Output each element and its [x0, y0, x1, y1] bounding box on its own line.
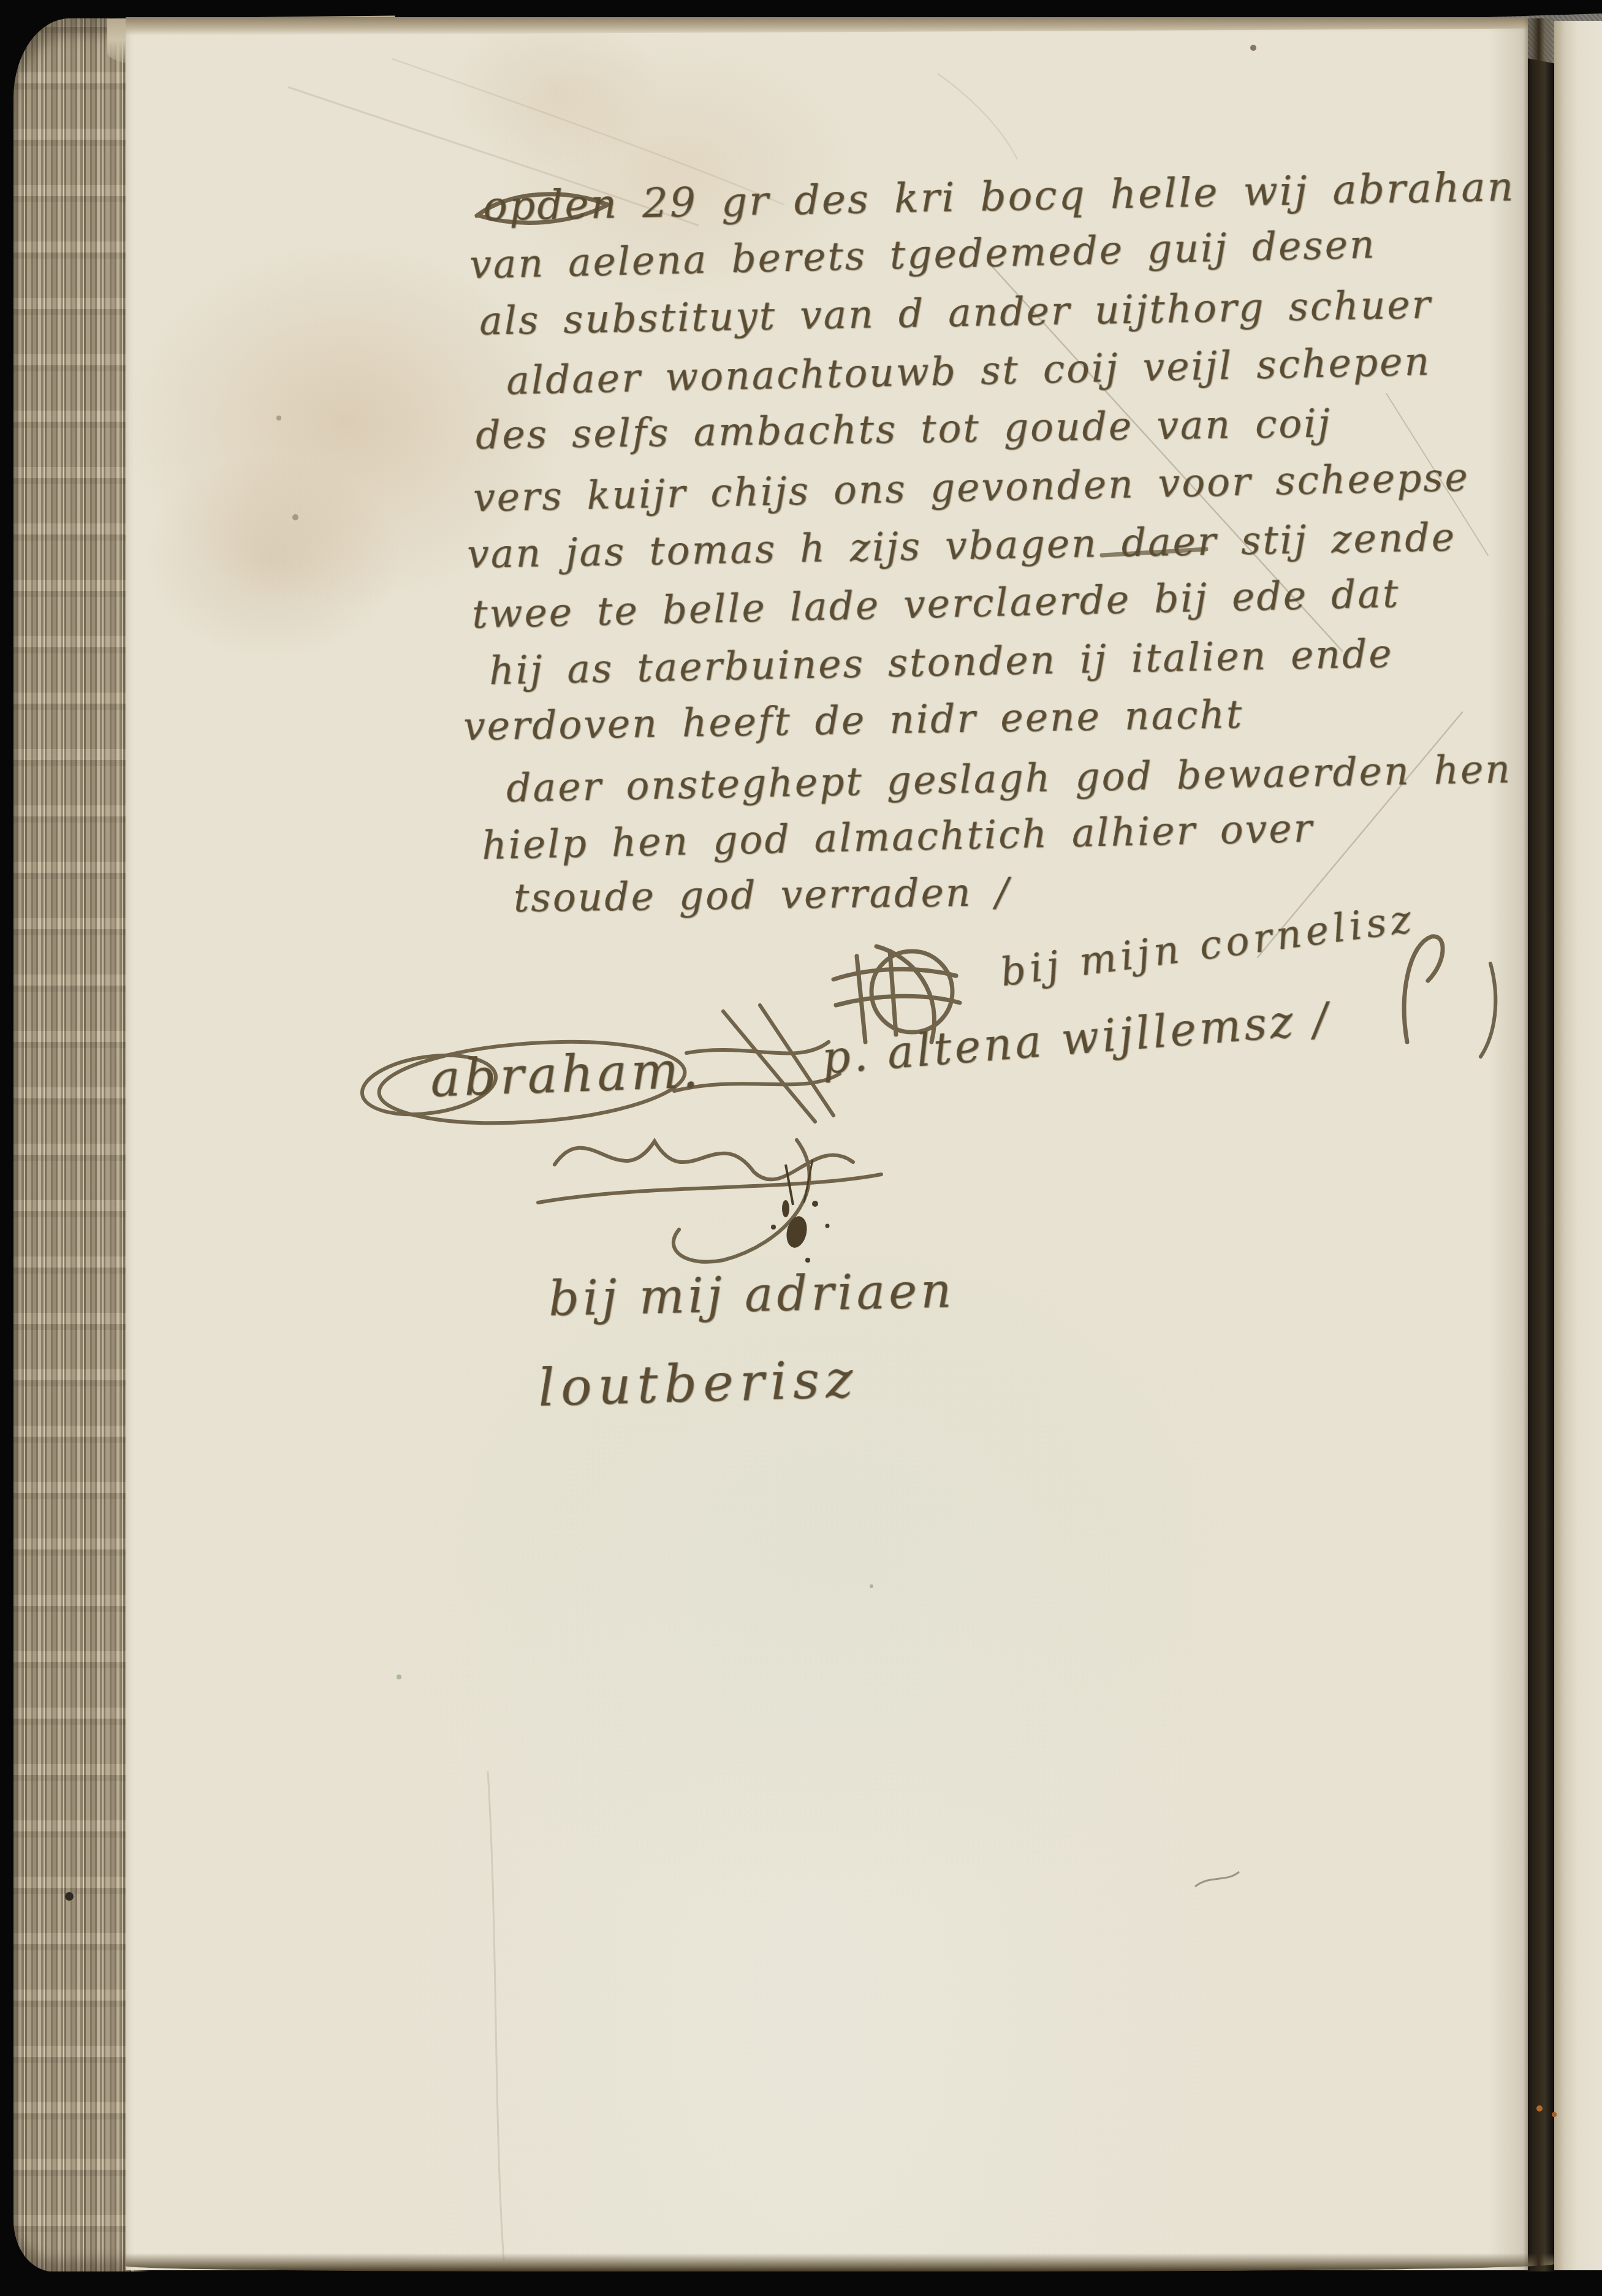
pen-slip-line	[993, 267, 1342, 651]
pen-slip-line	[1386, 393, 1488, 555]
strikethrough-mark	[1102, 549, 1206, 555]
ink-blot	[771, 1160, 830, 1263]
paper-creases	[288, 59, 1017, 2260]
archival-photo: opden 29 gr des kri bocq helle wij abrah…	[0, 0, 1602, 2296]
opening-swash	[477, 194, 608, 223]
ink-flourish-overlay	[0, 0, 1602, 2296]
signature-paraph	[538, 1140, 881, 1262]
signature-slash	[1481, 964, 1495, 1057]
signature-flourish-oval	[359, 1005, 840, 1132]
signature-ascender-flourish	[1404, 937, 1443, 1042]
pen-slip-line	[1258, 712, 1462, 957]
notary-monogram	[833, 946, 960, 1042]
